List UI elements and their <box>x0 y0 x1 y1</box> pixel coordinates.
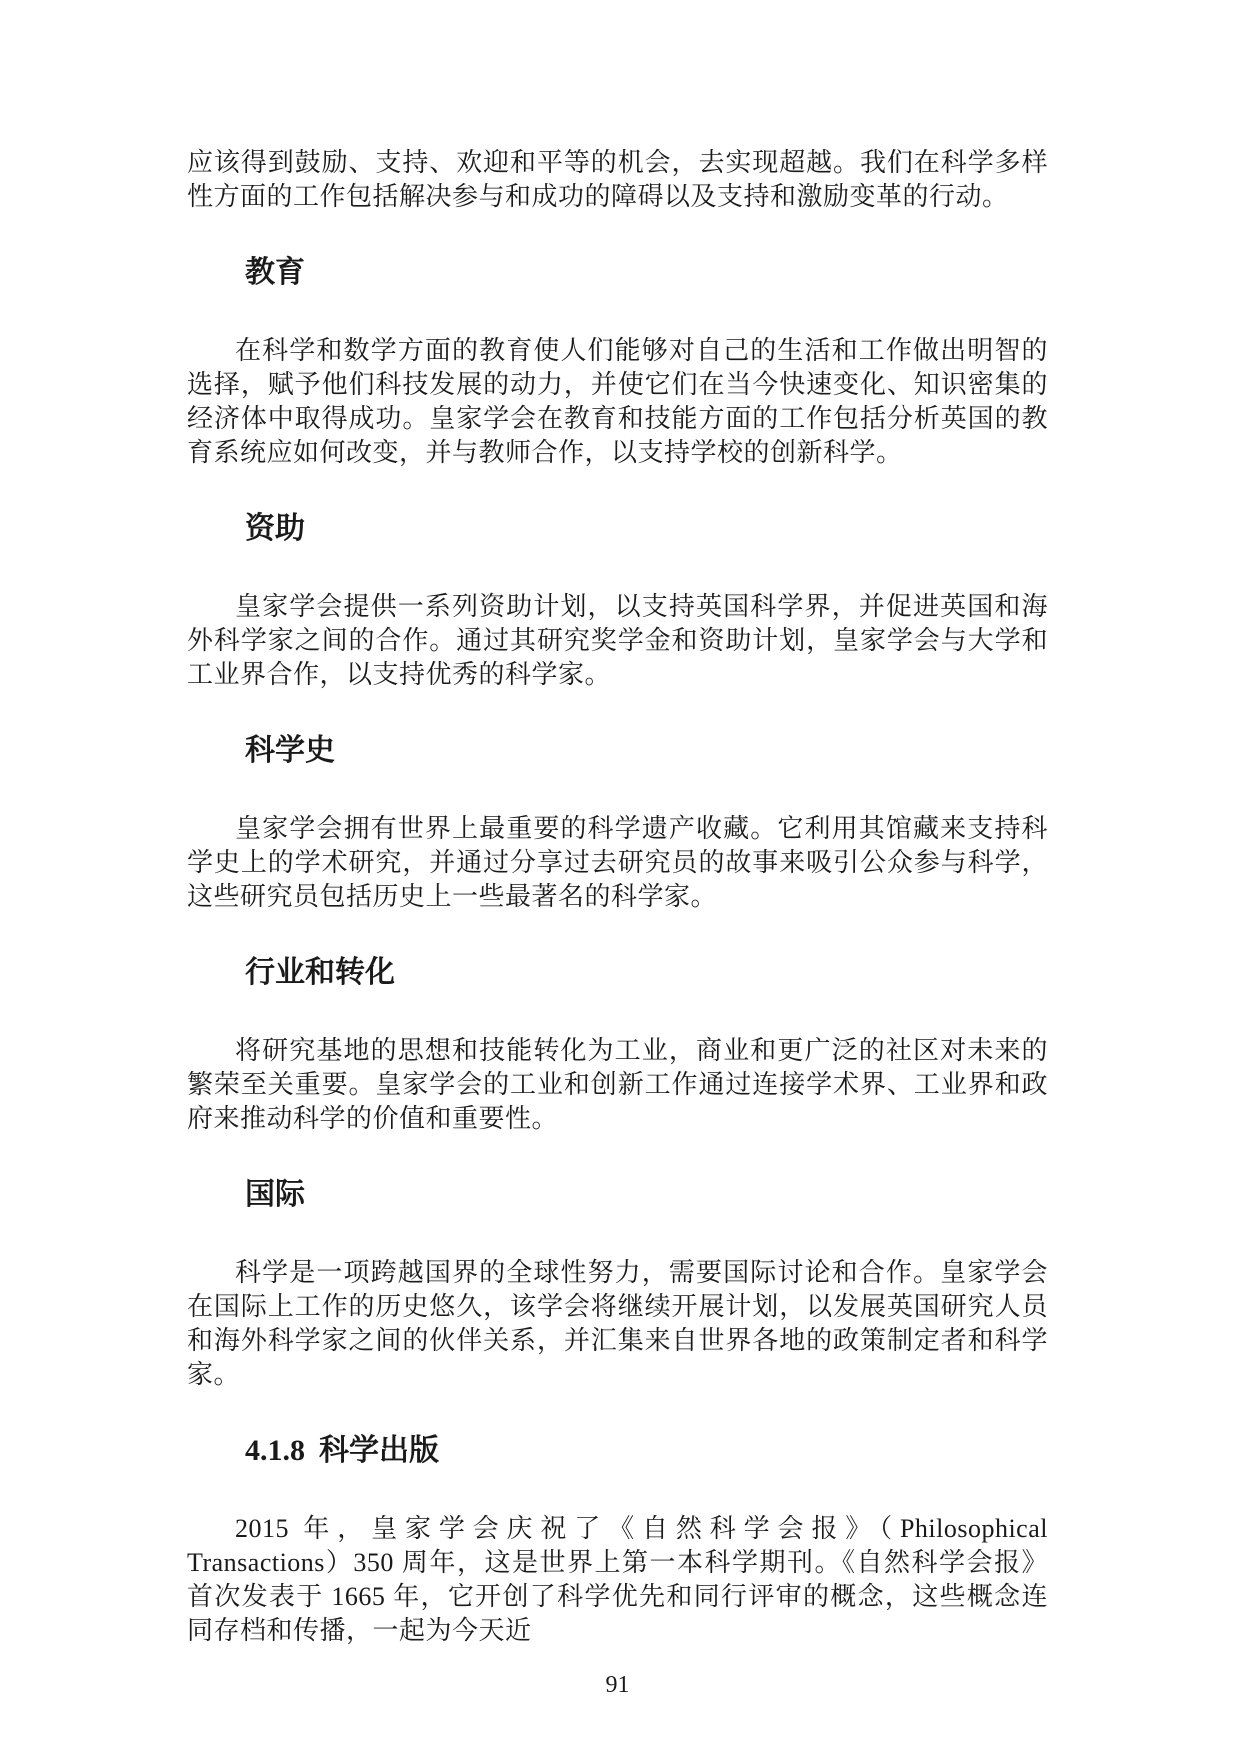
paragraph-history-of-science: 皇家学会拥有世界上最重要的科学遗产收藏。它利用其馆藏来支持科学史上的学术研究，并… <box>187 812 1048 914</box>
paragraph-education: 在科学和数学方面的教育使人们能够对自己的生活和工作做出明智的选择，赋予他们科技发… <box>187 334 1048 470</box>
paragraph-scientific-publishing: 2015 年，皇家学会庆祝了《自然科学会报》（Philosophical Tra… <box>187 1512 1048 1648</box>
section-heading-scientific-publishing: 4.1.8科学出版 <box>187 1430 1048 1472</box>
section-heading-history-of-science: 科学史 <box>187 730 1048 772</box>
section-heading-industry-translation: 行业和转化 <box>187 952 1048 994</box>
section-number: 4.1.8 <box>245 1434 305 1467</box>
paragraph-industry-translation: 将研究基地的思想和技能转化为工业，商业和更广泛的社区对未来的繁荣至关重要。皇家学… <box>187 1034 1048 1136</box>
page-number: 91 <box>187 1670 1048 1700</box>
section-heading-funding: 资助 <box>187 508 1048 550</box>
section-title-text: 科学出版 <box>319 1434 439 1467</box>
paragraph-diversity-continued: 应该得到鼓励、支持、欢迎和平等的机会，去实现超越。我们在科学多样性方面的工作包括… <box>187 146 1048 214</box>
document-page: 应该得到鼓励、支持、欢迎和平等的机会，去实现超越。我们在科学多样性方面的工作包括… <box>0 0 1240 1753</box>
section-heading-education: 教育 <box>187 252 1048 294</box>
paragraph-international: 科学是一项跨越国界的全球性努力，需要国际讨论和合作。皇家学会在国际上工作的历史悠… <box>187 1256 1048 1392</box>
paragraph-funding: 皇家学会提供一系列资助计划，以支持英国科学界，并促进英国和海外科学家之间的合作。… <box>187 590 1048 692</box>
section-heading-international: 国际 <box>187 1174 1048 1216</box>
